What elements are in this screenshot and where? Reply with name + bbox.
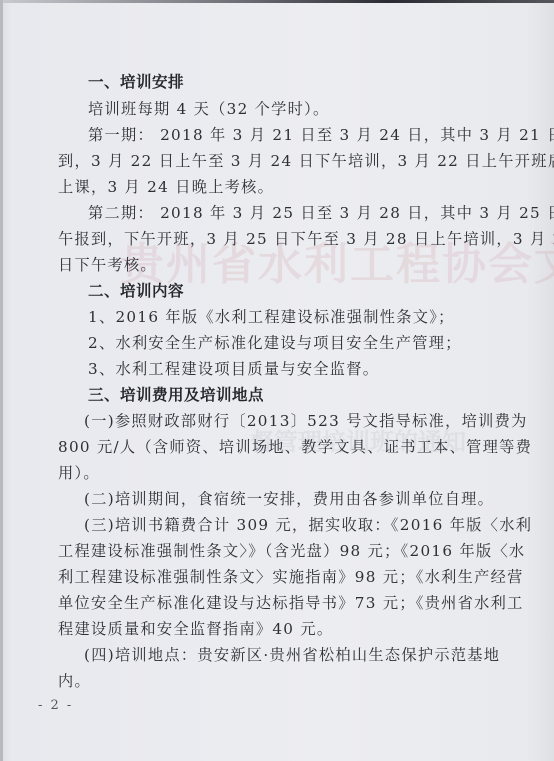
- scan-top-edge: [0, 0, 554, 3]
- scan-left-edge: [0, 0, 3, 761]
- scanned-page: 贵州省水利工程协会文件 督管理培训班的通知 一、培训安排 培训班每期 4 天（3…: [0, 0, 554, 761]
- paragraph-line: (三)培训书籍费合计 309 元，据实收取：《2016 年版〈水利: [84, 515, 532, 535]
- paragraph-line: 第二期： 2018 年 3 月 25 日至 3 月 28 日，其中 3 月 25…: [88, 203, 554, 223]
- paragraph-line: 内。: [58, 671, 91, 691]
- list-item: 3、水利工程建设项目质量与安全监督。: [88, 359, 379, 379]
- paragraph-line: 利工程建设标准强制性条文〉实施指南》98 元；《水利生产经营: [58, 567, 524, 587]
- paragraph-line: 日下午考核。: [58, 255, 157, 275]
- section-heading-3: 三、培训费用及培训地点: [88, 385, 264, 405]
- section-heading-1: 一、培训安排: [88, 72, 184, 92]
- paragraph-line: 用）。: [58, 463, 100, 483]
- paragraph-line: 午报到，下午开班，3 月 25 日下午至 3 月 28 日上午培训，3 月 28: [58, 229, 554, 249]
- paragraph-line: 培训班每期 4 天（32 个学时）。: [88, 99, 330, 119]
- paragraph-line: 800 元/人（含师资、培训场地、教学文具、证书工本、管理等费: [58, 437, 532, 457]
- paragraph-line: 单位安全生产标准化建设与达标指导书》73 元；《贵州省水利工: [58, 593, 524, 613]
- paragraph-line: 上课，3 月 24 日晚上考核。: [58, 177, 274, 197]
- paragraph-line: 第一期： 2018 年 3 月 21 日至 3 月 24 日，其中 3 月 21…: [88, 125, 554, 145]
- paragraph-line: (一)参照财政部财行〔2013〕523 号文指导标准，培训费为: [84, 411, 528, 431]
- list-item: 2、水利安全生产标准化建设与项目安全生产管理；: [88, 333, 462, 353]
- paragraph-line: (二)培训期间，食宿统一安排，费用由各参训单位自理。: [84, 489, 494, 509]
- list-item: 1、2016 年版《水利工程建设标准强制性条文》；: [88, 307, 455, 327]
- paragraph-line: (四)培训地点：贵安新区·贵州省松柏山生态保护示范基地: [84, 645, 500, 665]
- section-heading-2: 二、培训内容: [88, 281, 184, 301]
- page-number: - 2 -: [38, 698, 73, 713]
- paragraph-line: 工程建设标准强制性条文〉》（含光盘）98 元；《2016 年版〈水: [58, 541, 525, 561]
- paragraph-line: 程建设质量和安全监督指南》40 元。: [58, 619, 333, 639]
- paragraph-line: 到，3 月 22 日上午至 3 月 24 日下午培训，3 月 22 日上午开班后: [58, 151, 554, 171]
